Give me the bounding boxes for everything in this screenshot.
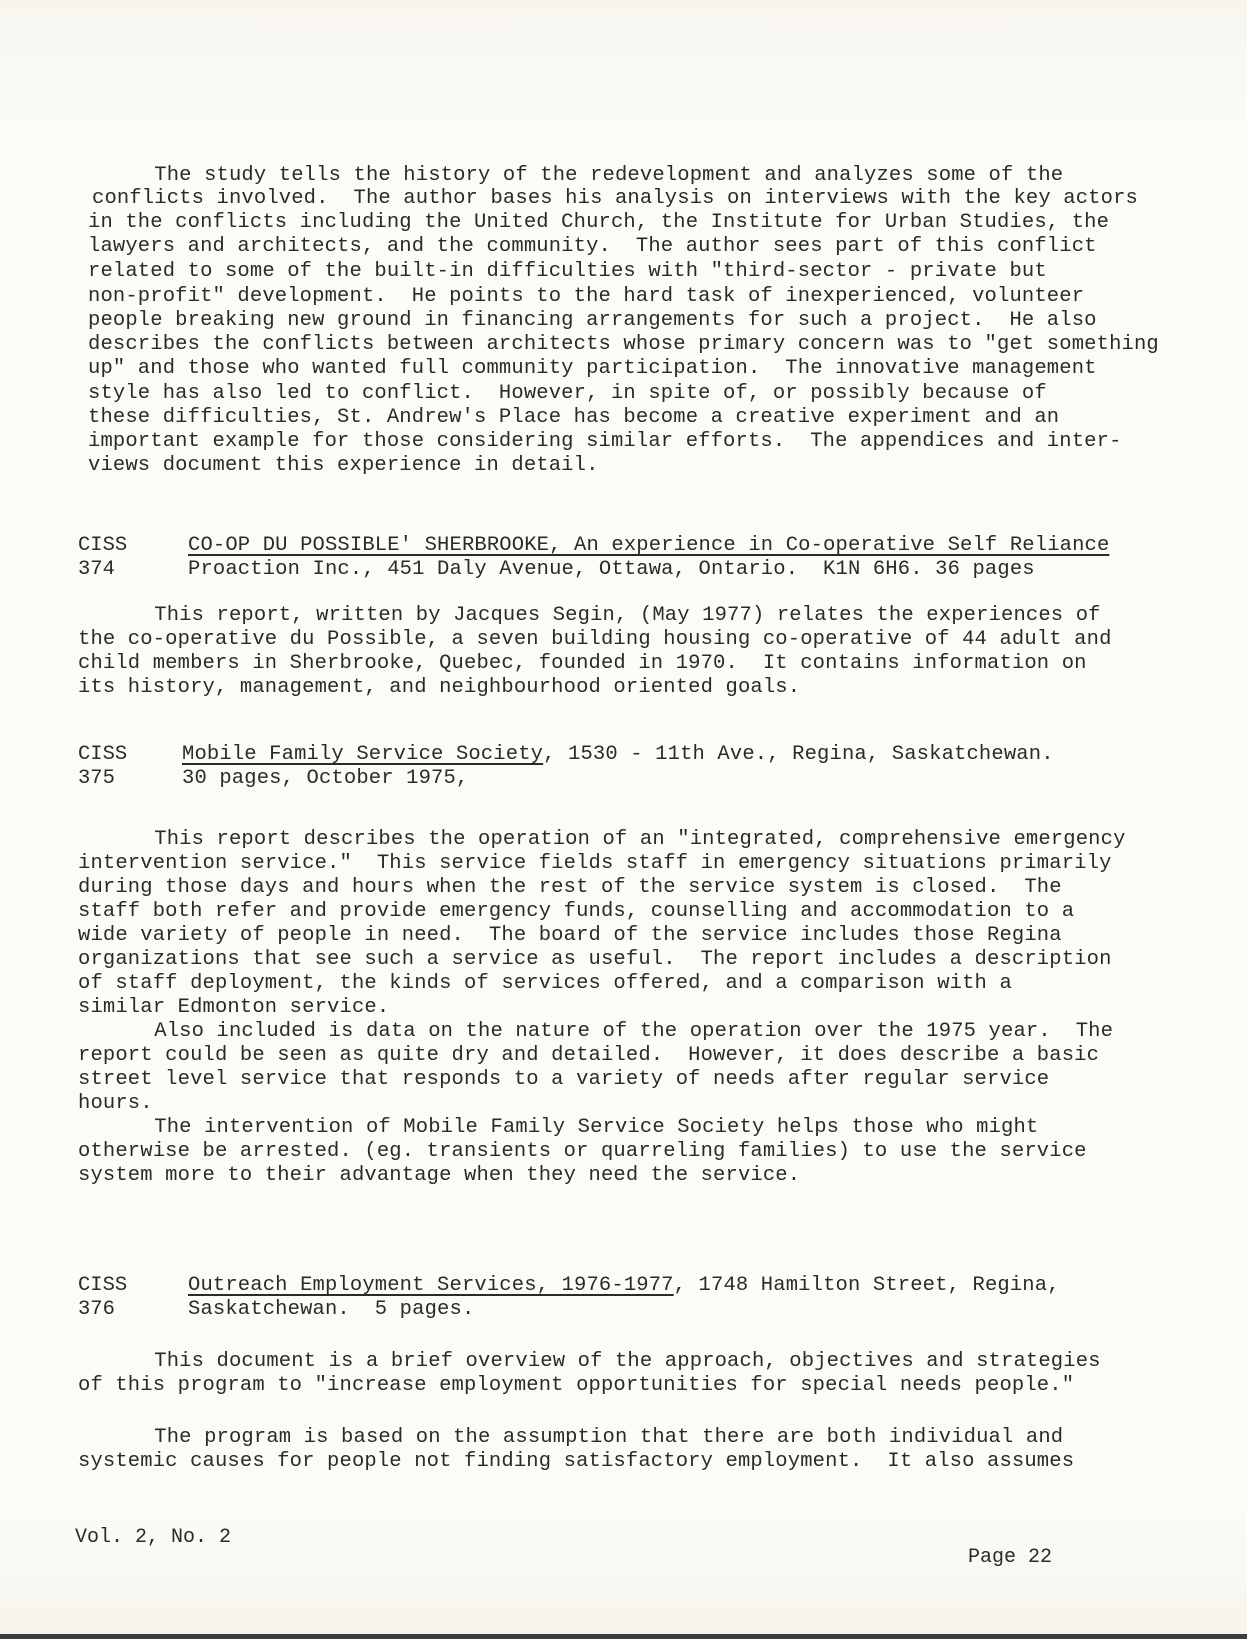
ref-number: 376 — [78, 1300, 115, 1321]
text-line: The study tells the history of the redev… — [92, 166, 1063, 187]
scanned-page: The study tells the history of the redev… — [0, 0, 1247, 1639]
text-line: up" and those who wanted full community … — [88, 359, 1097, 380]
entry-citation: Saskatchewan. 5 pages. — [188, 1300, 474, 1321]
text-line: style has also led to conflict. However,… — [88, 384, 1047, 405]
text-line: child members in Sherbrooke, Quebec, fou… — [78, 654, 1087, 675]
text-line: wide variety of people in need. The boar… — [78, 926, 1062, 947]
text-line: Also included is data on the nature of t… — [92, 1022, 1113, 1043]
entry-title: Mobile Family Service Society — [182, 743, 543, 766]
text-line: related to some of the built-in difficul… — [88, 262, 1047, 283]
text-line: intervention service." This service fiel… — [78, 854, 1112, 875]
text-line: describes the conflicts between architec… — [88, 335, 1159, 356]
ref-label: CISS — [78, 745, 127, 766]
entry-title-rest: , 1748 Hamilton Street, Regina, — [674, 1274, 1060, 1297]
text-line: hours. — [78, 1094, 153, 1115]
text-line: staff both refer and provide emergency f… — [78, 902, 1074, 923]
ref-number: 374 — [78, 560, 115, 581]
text-line: organizations that see such a service as… — [78, 950, 1112, 971]
text-line: these difficulties, St. Andrew's Place h… — [88, 408, 1059, 429]
text-line: lawyers and architects, and the communit… — [88, 237, 1097, 258]
text-line: its history, management, and neighbourho… — [78, 678, 800, 699]
entry-citation-line1: Outreach Employment Services, 1976-1977,… — [188, 1276, 1060, 1297]
volume-footer: Vol. 2, No. 2 — [75, 1526, 231, 1549]
entry-title-rest: , 1530 - 11th Ave., Regina, Saskatchewan… — [543, 743, 1054, 766]
text-line: This report describes the operation of a… — [92, 830, 1126, 851]
text-line: people breaking new ground in financing … — [88, 311, 1097, 332]
text-line: non-profit" development. He points to th… — [88, 287, 1084, 308]
text-line: The program is based on the assumption t… — [92, 1428, 1063, 1449]
page-number: Page 22 — [968, 1546, 1052, 1569]
entry-title: Outreach Employment Services, 1976-1977 — [188, 1274, 674, 1297]
text-line: otherwise be arrested. (eg. transients o… — [78, 1142, 1087, 1163]
entry-citation: 30 pages, October 1975, — [182, 769, 468, 790]
entry-citation-line1: Mobile Family Service Society, 1530 - 11… — [182, 745, 1054, 766]
text-line: This report, written by Jacques Segin, (… — [92, 606, 1101, 627]
text-line: important example for those considering … — [88, 432, 1122, 453]
text-line: system more to their advantage when they… — [78, 1166, 800, 1187]
text-line: during those days and hours when the res… — [78, 878, 1062, 899]
text-line: conflicts involved. The author bases his… — [92, 189, 1138, 210]
text-line: This document is a brief overview of the… — [92, 1352, 1101, 1373]
text-line: views document this experience in detail… — [88, 456, 599, 477]
entry-citation: Proaction Inc., 451 Daly Avenue, Ottawa,… — [188, 560, 1035, 581]
ref-label: CISS — [78, 1276, 127, 1297]
text-line: The intervention of Mobile Family Servic… — [92, 1118, 1038, 1139]
text-line: the co-operative du Possible, a seven bu… — [78, 630, 1112, 651]
text-line: report could be seen as quite dry and de… — [78, 1046, 1099, 1067]
text-line: street level service that responds to a … — [78, 1070, 1049, 1091]
entry-title: CO-OP DU POSSIBLE' SHERBROOKE, An experi… — [188, 536, 1109, 557]
scan-bottom-edge — [0, 1634, 1247, 1639]
text-line: in the conflicts including the United Ch… — [88, 213, 1109, 234]
text-line: of this program to "increase employment … — [78, 1376, 1074, 1397]
text-line: systemic causes for people not finding s… — [78, 1452, 1074, 1473]
text-line: similar Edmonton service. — [78, 998, 389, 1019]
text-line: of staff deployment, the kinds of servic… — [78, 974, 1012, 995]
ref-number: 375 — [78, 769, 115, 790]
ref-label: CISS — [78, 536, 127, 557]
